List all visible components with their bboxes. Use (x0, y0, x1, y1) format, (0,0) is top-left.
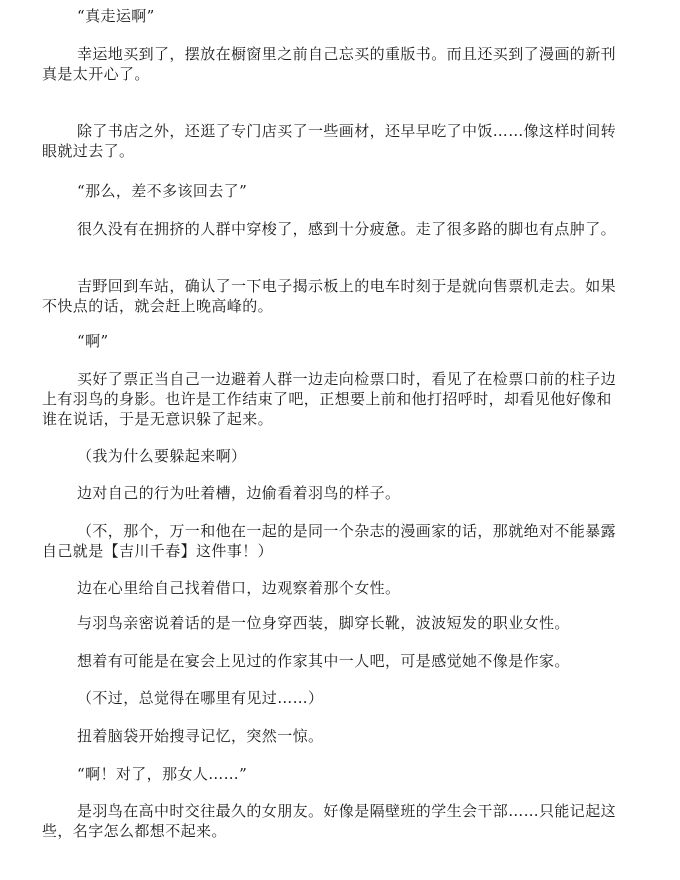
narration-paragraph: 想着有可能是在宴会上见过的作家其中一人吧，可是感觉她不像是作家。 (42, 651, 627, 671)
narration-paragraph: 边在心里给自己找着借口，边观察着那个女性。 (42, 578, 627, 598)
narration-paragraph: 扭着脑袋开始搜寻记忆，突然一惊。 (42, 726, 627, 746)
thought-paragraph: （我为什么要躲起来啊） (42, 446, 627, 466)
narration-paragraph: 吉野回到车站，确认了一下电子揭示板上的电车时刻于是就向售票机走去。如果不快点的话… (42, 276, 627, 316)
narration-paragraph: 是羽鸟在高中时交往最久的女朋友。好像是隔壁班的学生会干部……只能记起这些，名字怎… (42, 801, 627, 841)
dialogue-paragraph: “啊！对了，那女人……” (42, 764, 627, 784)
document-page: “真走运啊” 幸运地买到了，摆放在橱窗里之前自己忘买的重版书。而且还买到了漫画的… (0, 0, 680, 880)
dialogue-paragraph: “啊” (42, 331, 627, 351)
dialogue-paragraph: “真走运啊” (42, 6, 627, 26)
narration-paragraph: 除了书店之外，还逛了专门店买了一些画材，还早早吃了中饭……像这样时间转眼就过去了… (42, 121, 627, 161)
dialogue-paragraph: “那么，差不多该回去了” (42, 181, 627, 201)
narration-paragraph: 幸运地买到了，摆放在橱窗里之前自己忘买的重版书。而且还买到了漫画的新刊真是太开心… (42, 44, 627, 84)
narration-paragraph: 很久没有在拥挤的人群中穿梭了，感到十分疲惫。走了很多路的脚也有点肿了。 (42, 219, 627, 239)
narration-paragraph: 与羽鸟亲密说着话的是一位身穿西装，脚穿长靴，波波短发的职业女性。 (42, 613, 627, 633)
narration-paragraph: 买好了票正当自己一边避着人群一边走向检票口时，看见了在检票口前的柱子边上有羽鸟的… (42, 369, 627, 429)
thought-paragraph: （不，那个，万一和他在一起的是同一个杂志的漫画家的话，那就绝对不能暴露自己就是【… (42, 521, 627, 561)
narration-paragraph: 边对自己的行为吐着槽，边偷看着羽鸟的样子。 (42, 483, 627, 503)
thought-paragraph: （不过，总觉得在哪里有见过……） (42, 688, 627, 708)
